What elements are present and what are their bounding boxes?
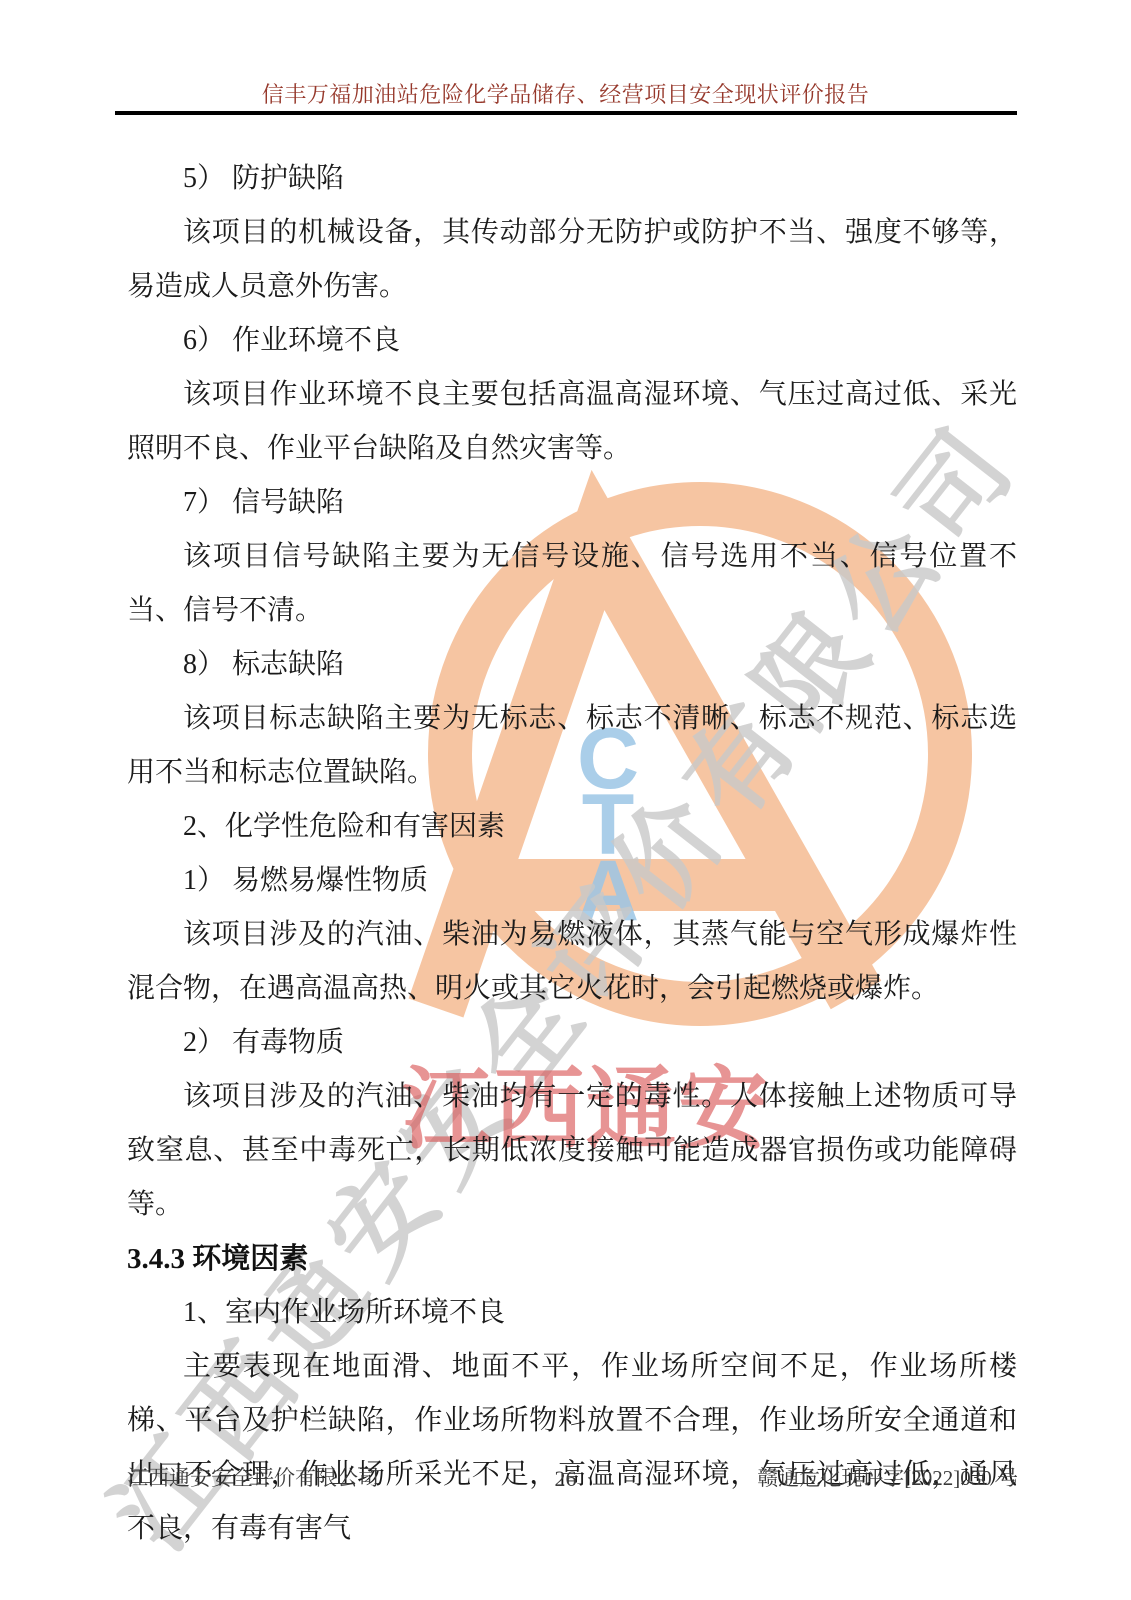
page-footer: 江西通安安全评价有限公司 26 赣通危化现评字[2022]030 号 [0,1462,1131,1496]
paragraph: 该项目标志缺陷主要为无标志、标志不清晰、标志不规范、标志选用不当和标志位置缺陷。 [127,692,1017,800]
paragraph: 8） 标志缺陷 [127,638,1017,692]
body-text: 5） 防护缺陷 该项目的机械设备，其传动部分无防护或防护不当、强度不够等，易造成… [127,152,1017,1556]
document-page: 信丰万福加油站危险化学品储存、经营项目安全现状评价报告 C T A 江西通安安全… [0,0,1131,1600]
footer-document-number: 赣通危化现评字[2022]030 号 [757,1462,1018,1492]
paragraph: 该项目涉及的汽油、柴油均有一定的毒性。人体接触上述物质可导致窒息、甚至中毒死亡，… [127,1070,1017,1232]
section-heading: 3.4.3 环境因素 [127,1232,1017,1286]
footer-company: 江西通安安全评价有限公司 [127,1462,379,1492]
paragraph: 主要表现在地面滑、地面不平，作业场所空间不足，作业场所楼梯、平台及护栏缺陷，作业… [127,1340,1017,1556]
paragraph: 7） 信号缺陷 [127,476,1017,530]
paragraph: 1、室内作业场所环境不良 [127,1286,1017,1340]
paragraph: 该项目的机械设备，其传动部分无防护或防护不当、强度不够等，易造成人员意外伤害。 [127,206,1017,314]
paragraph: 2） 有毒物质 [127,1016,1017,1070]
paragraph: 1） 易燃易爆性物质 [127,854,1017,908]
paragraph: 该项目作业环境不良主要包括高温高湿环境、气压过高过低、采光照明不良、作业平台缺陷… [127,368,1017,476]
paragraph: 5） 防护缺陷 [127,152,1017,206]
paragraph: 2、化学性危险和有害因素 [127,800,1017,854]
paragraph: 6） 作业环境不良 [127,314,1017,368]
paragraph: 该项目信号缺陷主要为无信号设施、信号选用不当、信号位置不当、信号不清。 [127,530,1017,638]
page-number: 26 [555,1466,577,1492]
paragraph: 该项目涉及的汽油、柴油为易燃液体，其蒸气能与空气形成爆炸性混合物，在遇高温高热、… [127,908,1017,1016]
